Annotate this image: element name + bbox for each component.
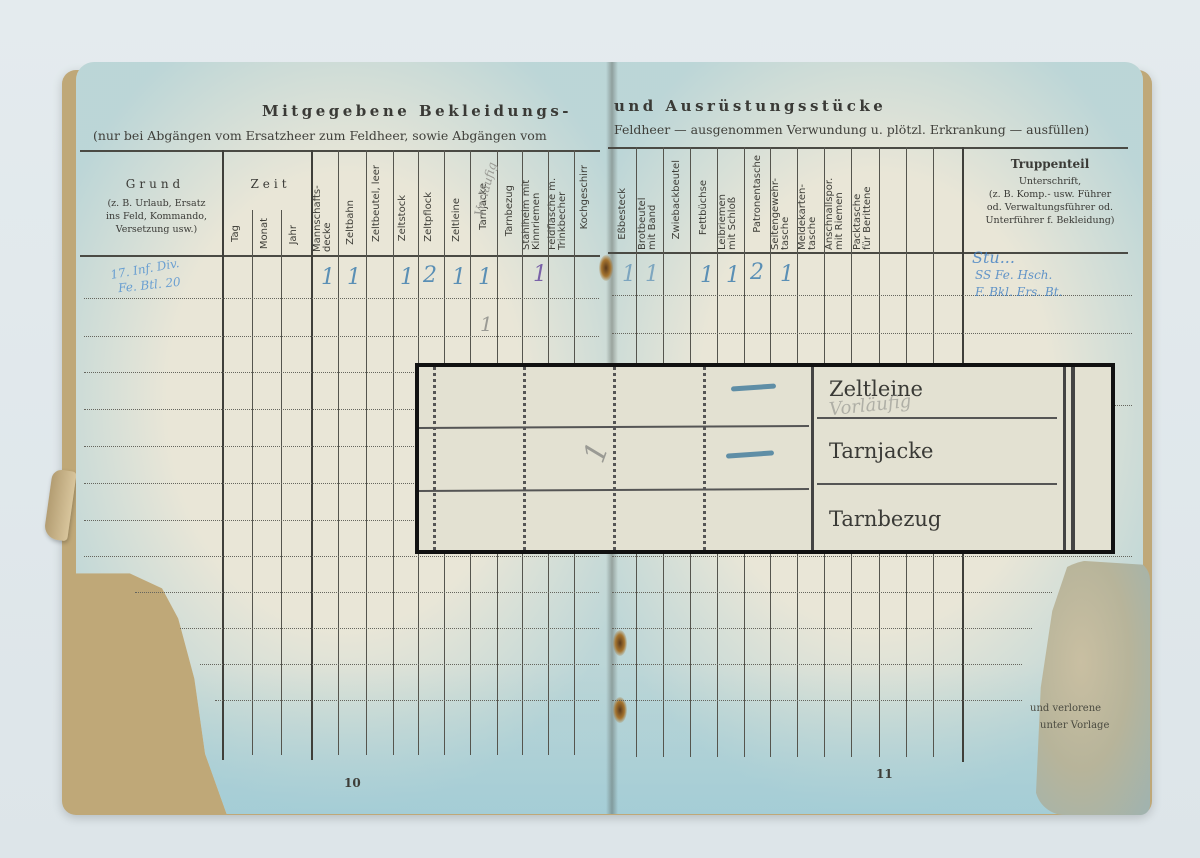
zeit-jahr-header: Jahr	[289, 225, 299, 245]
zeit-monat-header: Monat	[260, 218, 270, 249]
truppenteil-note-line: od. Verwaltungsführer od.	[965, 201, 1135, 214]
col-brotbeutel: Brotbeutel mit Band	[638, 165, 658, 250]
val-stahlhelm: 1	[533, 262, 547, 287]
val-patronentasche: 2	[750, 260, 764, 285]
col-zeltleine: Zeltleine	[452, 198, 462, 242]
col-tarnbezug: Tarnbezug	[505, 185, 515, 236]
truppenteil-note: Unterschrift, (z. B. Komp.- usw. Führer …	[965, 175, 1135, 227]
subtitle-left: (nur bei Abgängen vom Ersatzheer zum Fel…	[93, 128, 547, 143]
torn-text-line1: und verlorene	[1030, 703, 1101, 714]
zeit-header: Zeit	[228, 177, 313, 191]
grund-note-line: (z. B. Urlaub, Ersatz	[84, 197, 229, 210]
inset-label-tarnbezug: Tarnbezug	[829, 507, 941, 531]
col-fettbuechse: Fettbüchse	[699, 180, 709, 235]
truppenteil-stamp-line1: SS Fe. Hsch.	[975, 268, 1052, 282]
truppenteil-note-line: Unterführer f. Bekleidung)	[965, 214, 1135, 227]
page-number-right: 11	[876, 767, 893, 781]
header-top-rule-right	[608, 147, 1128, 149]
staple-rust-top	[613, 630, 627, 656]
inset-label-tarnjacke: Tarnjacke	[829, 439, 933, 463]
truppenteil-header: Truppenteil	[965, 158, 1135, 171]
magnified-detail-inset: Zeltleine Tarnjacke Tarnbezug 1 Vorläufi…	[415, 363, 1115, 554]
col-patronentasche: Patronentasche	[753, 155, 763, 233]
inset-mark-tarnjacke	[726, 450, 774, 458]
rust-stain	[599, 255, 613, 281]
val-seitengewehrtasche: 1	[780, 262, 794, 287]
truppenteil-signature: Stu...	[972, 248, 1015, 267]
col-meldekartentasche: Meldekarten- tasche	[798, 160, 818, 250]
title-right: und Ausrüstungsstücke	[614, 97, 886, 115]
val-zeltbahn: 1	[347, 265, 361, 290]
col-mannschaftsdecke: Mannschafts- decke	[313, 168, 333, 252]
col-leibriemen: Leibriemen mit Schloß	[718, 172, 738, 250]
truppenteil-stamp-line2: F. Bkl. Ers. Bt.	[975, 285, 1062, 299]
col-zeltpflock: Zeltpflock	[424, 192, 434, 242]
col-seitengewehrtasche: Seitengewehr- tasche	[771, 158, 791, 250]
val-fettbuechse: 1	[700, 263, 714, 288]
subtitle-right: Feldheer — ausgenommen Verwundung u. plö…	[614, 122, 1089, 137]
grund-header: Grund	[90, 177, 220, 191]
header-bottom-rule-right	[608, 252, 1128, 254]
val-tarnjacke-row2: 1	[480, 312, 493, 336]
col-zwiebackbeutel: Zwiebackbeutel	[672, 160, 682, 239]
val-zeltpflock: 2	[423, 263, 437, 288]
torn-text-line2: unter Vorlage	[1040, 720, 1109, 731]
col-feldflasche: Feldflasche m. Trinkbecher	[548, 160, 568, 250]
col-zeltbahn: Zeltbahn	[346, 200, 356, 245]
grund-note: (z. B. Urlaub, Ersatz ins Feld, Kommando…	[84, 197, 229, 236]
inset-pencil-mark: 1	[577, 438, 616, 468]
grund-note-line: Versetzung usw.)	[84, 223, 229, 236]
val-tarnjacke: 1	[478, 265, 492, 290]
title-left: Mitgegebene Bekleidungs-	[262, 102, 572, 120]
inset-mark-zeltleine	[731, 383, 776, 391]
truppenteil-note-line: (z. B. Komp.- usw. Führer	[965, 188, 1135, 201]
col-packtasche: Packtasche für Berittene	[853, 160, 873, 250]
val-leibriemen: 1	[726, 263, 740, 288]
col-kochgeschirr: Kochgeschirr	[580, 165, 590, 229]
val-essbesteck: 1	[622, 262, 636, 287]
col-stahlhelm: Stahlhelm mit Kinnriemen	[522, 160, 542, 250]
val-zeltleine: 1	[452, 265, 466, 290]
page-number-left: 10	[344, 776, 361, 790]
col-zeltbeutel: Zeltbeutel, leer	[372, 165, 382, 242]
truppenteil-note-line: Unterschrift,	[965, 175, 1135, 188]
val-zeltstock: 1	[400, 265, 414, 290]
grund-note-line: ins Feld, Kommando,	[84, 210, 229, 223]
zeit-tag-header: Tag	[231, 225, 241, 242]
val-brotbeutel: 1	[645, 262, 659, 287]
col-essbesteck: Eßbesteck	[618, 188, 628, 240]
col-zeltstock: Zeltstock	[398, 195, 408, 241]
val-mannschaftsdecke: 1	[321, 265, 335, 290]
col-anschnallsporen: Anschnallspor. mit Riemen	[825, 160, 845, 250]
